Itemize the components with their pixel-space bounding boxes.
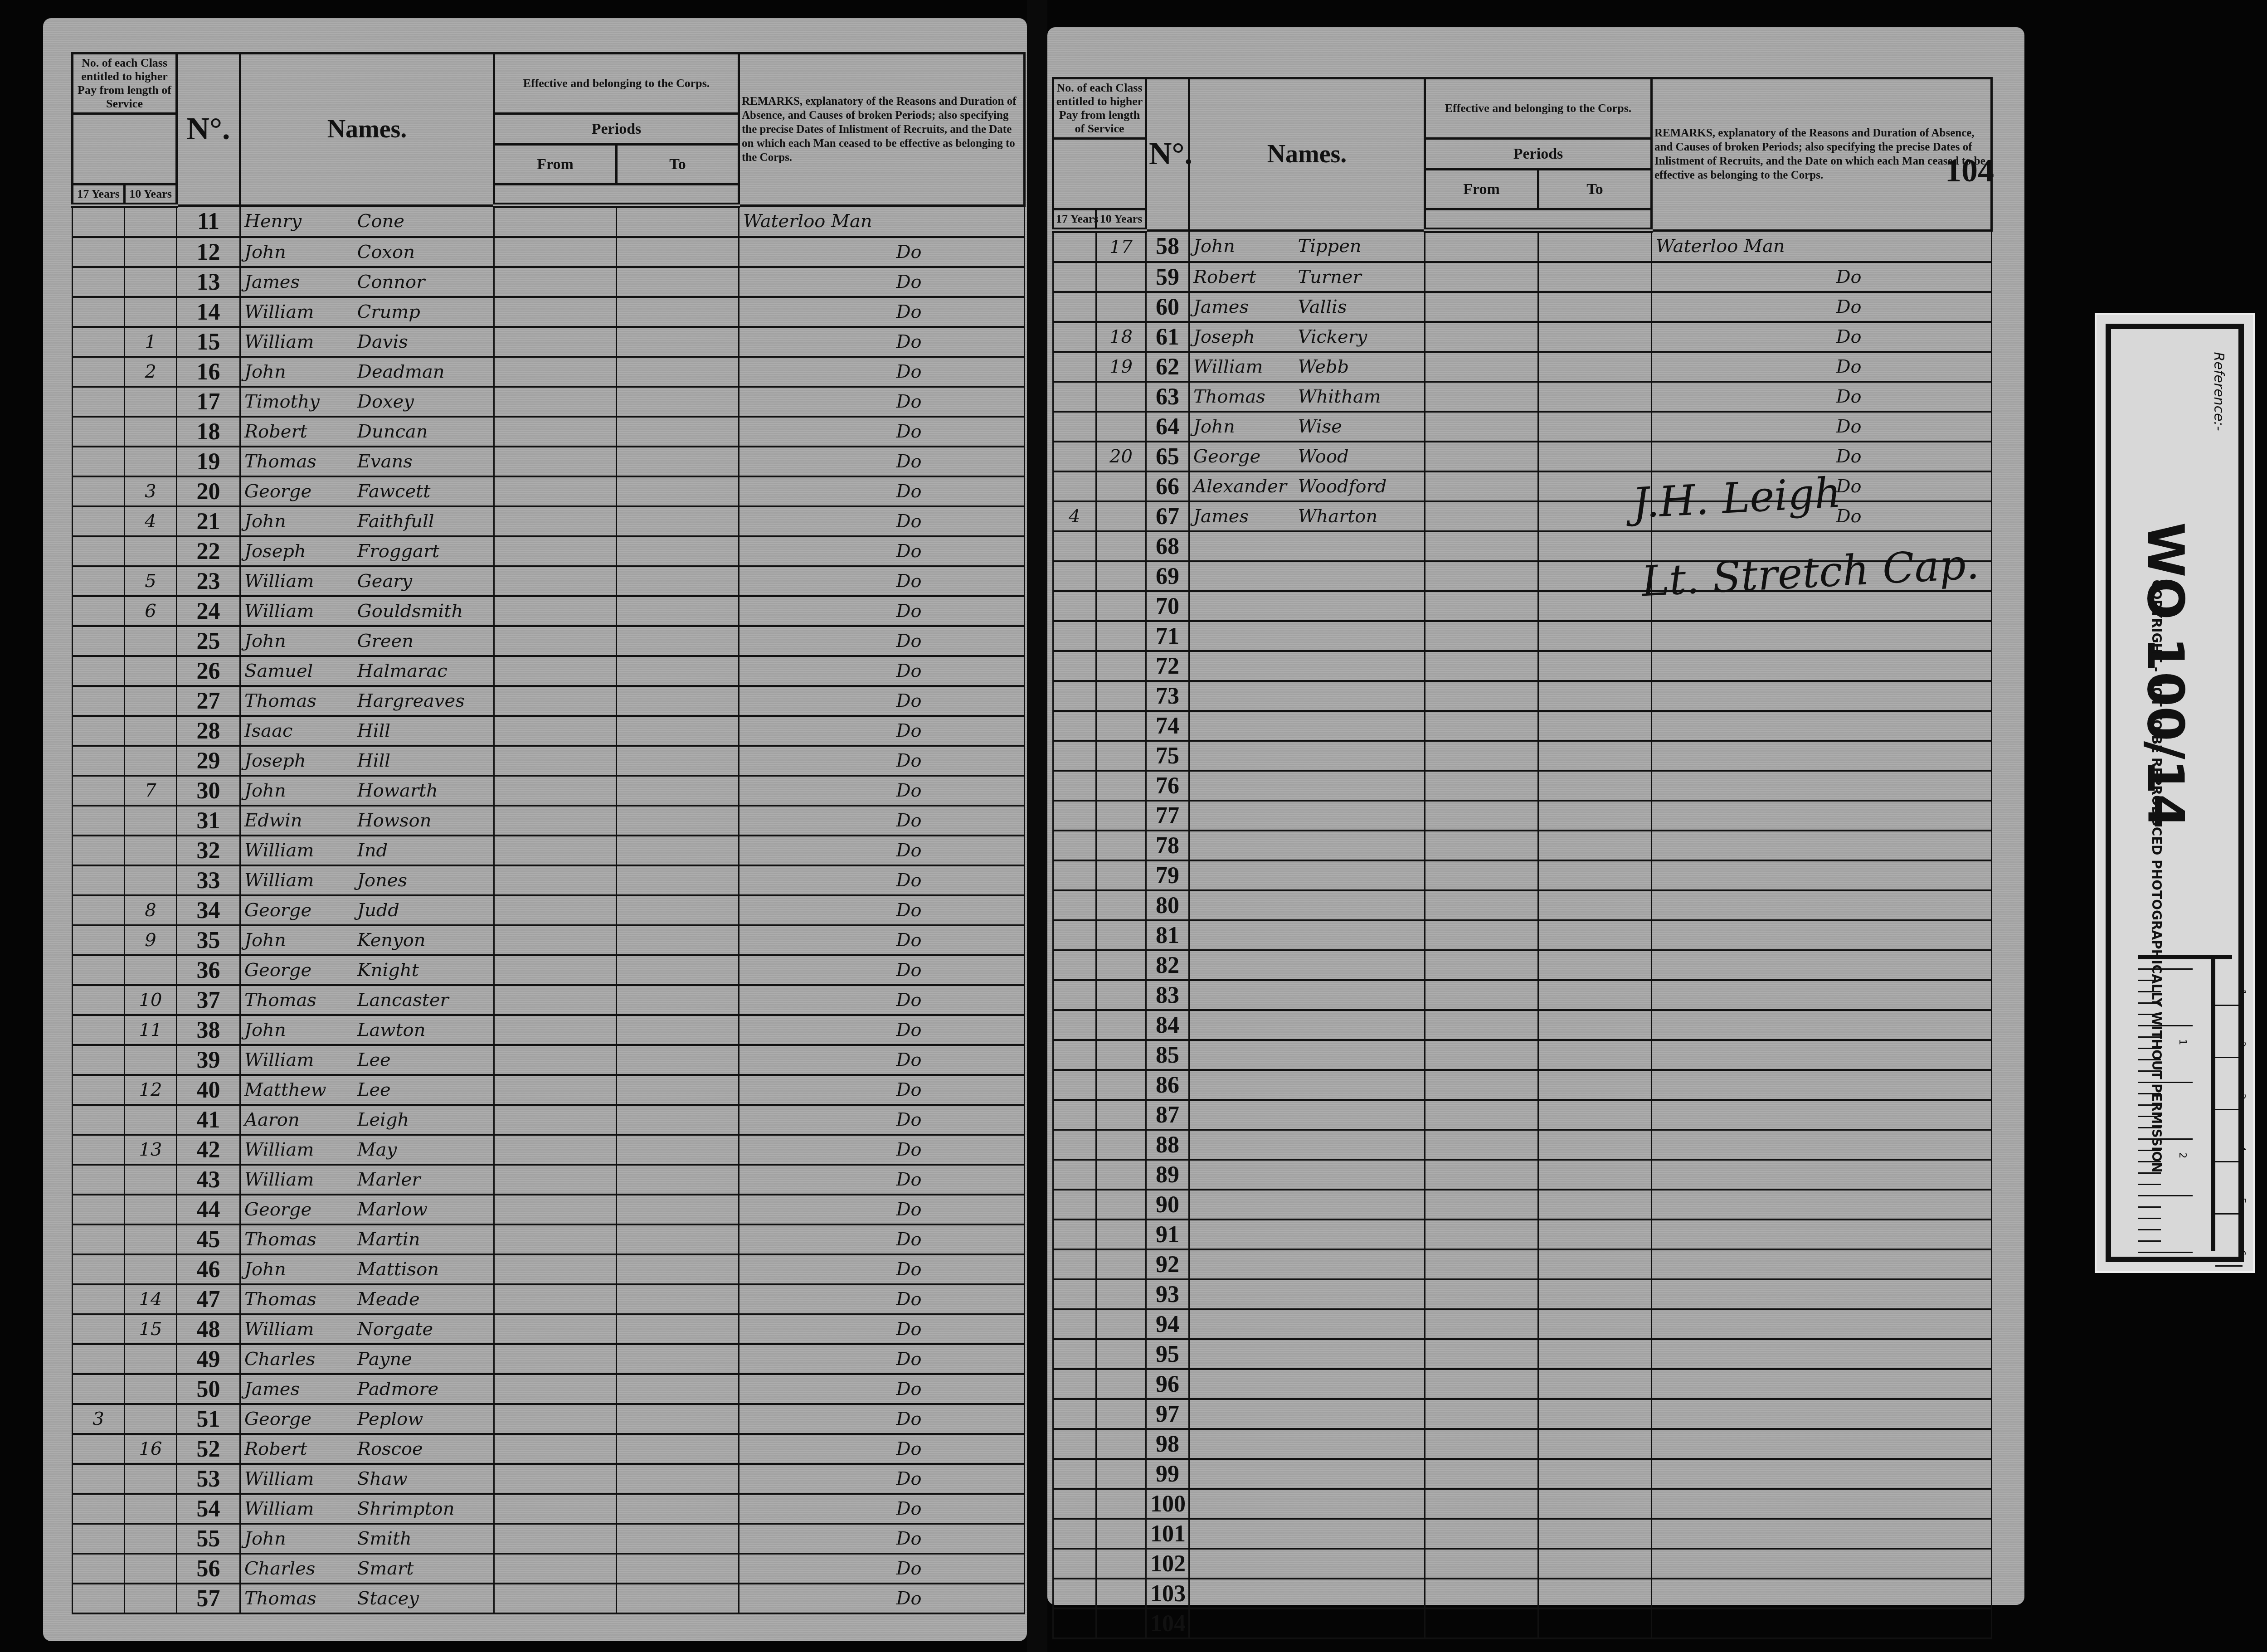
class-10-years-cell <box>1096 1220 1146 1249</box>
class-10-years-cell: 16 <box>125 1434 177 1464</box>
soldier-name: GeorgeJudd <box>240 895 494 925</box>
class-10-years-cell <box>125 865 177 895</box>
first-name: William <box>244 1319 357 1340</box>
first-name: Thomas <box>244 1289 357 1310</box>
period-to-cell <box>1538 1399 1652 1429</box>
ledger-row: 98 <box>1053 1429 1992 1459</box>
last-name: Stacey <box>357 1588 419 1609</box>
years-10-header: 10 Years <box>1096 209 1146 231</box>
ledger-row: 53WilliamShawDo <box>73 1464 1025 1494</box>
period-to-cell <box>617 1045 739 1075</box>
soldier-name <box>1189 980 1425 1010</box>
entry-number: 31 <box>177 806 240 836</box>
first-name: Henry <box>244 211 357 232</box>
entry-number: 21 <box>177 506 240 536</box>
class-17-years-cell <box>1053 651 1096 681</box>
entry-number: 32 <box>177 836 240 865</box>
number-column-header: N°. <box>1146 78 1189 231</box>
last-name: Woodford <box>1298 476 1386 497</box>
ditto-mark: Do <box>1656 446 1987 467</box>
soldier-name: AaronLeigh <box>240 1105 494 1135</box>
soldier-name: ThomasWhitham <box>1189 382 1425 412</box>
soldier-name <box>1189 1429 1425 1459</box>
ledger-row: 1138JohnLawtonDo <box>73 1015 1025 1045</box>
entry-number: 34 <box>177 895 240 925</box>
first-name: John <box>244 361 357 382</box>
period-from-cell <box>494 686 617 716</box>
last-name: Marler <box>357 1169 421 1190</box>
remark-cell <box>1652 1070 1992 1100</box>
period-from-cell <box>494 506 617 536</box>
soldier-name: JamesPadmore <box>240 1374 494 1404</box>
last-name: Kenyon <box>357 930 426 951</box>
entry-number: 67 <box>1146 501 1189 531</box>
period-to-cell <box>617 836 739 865</box>
class-17-years-cell <box>73 297 125 327</box>
remark-cell <box>1652 1399 1992 1429</box>
soldier-name: JohnFaithfull <box>240 506 494 536</box>
period-from-cell <box>1425 1519 1538 1549</box>
remark-cell: Do <box>739 1224 1025 1254</box>
soldier-name: JohnKenyon <box>240 925 494 955</box>
remark-cell <box>1652 950 1992 980</box>
period-from-cell <box>494 985 617 1015</box>
period-to-cell <box>617 1434 739 1464</box>
first-name: William <box>244 1050 357 1070</box>
scale-tick <box>2138 1002 2161 1004</box>
ditto-mark: Do <box>743 1109 1020 1130</box>
period-from-cell <box>494 1404 617 1434</box>
entry-number: 20 <box>177 476 240 506</box>
class-10-years-cell <box>1096 771 1146 801</box>
class-17-years-cell <box>73 1554 125 1584</box>
scale-tick <box>2138 1172 2161 1174</box>
entry-number: 85 <box>1146 1040 1189 1070</box>
period-to-cell <box>617 1224 739 1254</box>
class-10-years-cell <box>125 716 177 746</box>
soldier-name: ThomasHargreaves <box>240 686 494 716</box>
ledger-row: 22JosephFroggartDo <box>73 536 1025 566</box>
period-to-cell <box>1538 531 1652 561</box>
first-name: Robert <box>244 1438 357 1459</box>
scale-tick <box>2138 1127 2161 1128</box>
class-10-years-cell <box>125 536 177 566</box>
entry-number: 89 <box>1146 1160 1189 1190</box>
period-to-cell <box>617 417 739 447</box>
ledger-row: 57ThomasStaceyDo <box>73 1584 1025 1613</box>
first-name: Thomas <box>244 1588 357 1609</box>
ditto-mark: Do <box>743 1349 1020 1370</box>
class-17-years-cell <box>73 955 125 985</box>
class-17-years-cell <box>1053 531 1096 561</box>
scale-cm-label: 4 <box>2236 1146 2247 1152</box>
soldier-name: IsaacHill <box>240 716 494 746</box>
class-10-years-cell: 1 <box>125 327 177 357</box>
period-from-cell <box>494 357 617 387</box>
scale-cm-tick <box>2215 1109 2243 1110</box>
entry-number: 71 <box>1146 621 1189 651</box>
last-name: Turner <box>1298 267 1361 287</box>
first-name: Thomas <box>244 451 357 472</box>
class-17-years-cell <box>73 626 125 656</box>
soldier-name <box>1189 950 1425 980</box>
soldier-name: WilliamInd <box>240 836 494 865</box>
soldier-name: CharlesPayne <box>240 1344 494 1374</box>
remark-cell <box>1652 1369 1992 1399</box>
soldier-name: WilliamJones <box>240 865 494 895</box>
class-17-years-cell <box>1053 621 1096 651</box>
first-name: William <box>244 1139 357 1160</box>
class-10-years-cell <box>125 656 177 686</box>
period-to-cell <box>1538 1070 1652 1100</box>
period-from-cell <box>1425 230 1538 262</box>
last-name: Halmarac <box>357 661 448 681</box>
remark-cell: Do <box>739 1045 1025 1075</box>
ledger-row: 216JohnDeadmanDo <box>73 357 1025 387</box>
ledger-row: 83 <box>1053 980 1992 1010</box>
ditto-mark: Do <box>743 1468 1020 1489</box>
remark-cell <box>1652 1190 1992 1220</box>
remark-cell: Do <box>1652 382 1992 412</box>
period-from-cell <box>1425 501 1538 531</box>
class-10-years-cell: 20 <box>1096 442 1146 471</box>
class-10-years-cell <box>1096 920 1146 950</box>
reference-frame: Reference:- WO 100/14 PUBLIC RECORD OFFI… <box>2106 324 2244 1262</box>
scale-tick <box>2138 1014 2161 1015</box>
remark-cell: Do <box>739 1434 1025 1464</box>
ditto-mark: Do <box>743 391 1020 412</box>
period-to-cell <box>1538 1339 1652 1369</box>
names-column-header: Names. <box>1189 78 1425 231</box>
class-17-years-cell <box>1053 382 1096 412</box>
soldier-name: WilliamShrimpton <box>240 1494 494 1524</box>
ledger-row: 1861JosephVickeryDo <box>1053 322 1992 352</box>
first-name: John <box>244 930 357 951</box>
period-from-cell <box>494 626 617 656</box>
period-to-cell <box>617 297 739 327</box>
ledger-row: 94 <box>1053 1309 1992 1339</box>
class-10-years-cell <box>125 387 177 417</box>
soldier-name <box>1189 1519 1425 1549</box>
soldier-name <box>1189 1369 1425 1399</box>
first-name: John <box>244 242 357 262</box>
names-column-header: Names. <box>240 53 494 206</box>
remark-text: Waterloo Man <box>743 211 872 232</box>
last-name: Froggart <box>357 541 439 562</box>
ledger-row: 39WilliamLeeDo <box>73 1045 1025 1075</box>
remark-cell <box>1652 1249 1992 1279</box>
period-from-cell <box>494 895 617 925</box>
remark-cell: Do <box>739 985 1025 1015</box>
period-to-cell <box>617 536 739 566</box>
class-17-years-cell <box>73 895 125 925</box>
entry-number: 39 <box>177 1045 240 1075</box>
scale-tick <box>2138 1093 2161 1094</box>
class-10-years-cell: 5 <box>125 566 177 596</box>
remark-cell: Do <box>739 1254 1025 1284</box>
period-from-cell <box>1425 1160 1538 1190</box>
scale-divider <box>2211 959 2215 1251</box>
class-10-years-cell: 10 <box>125 985 177 1015</box>
ledger-row: 90 <box>1053 1190 1992 1220</box>
ditto-mark: Do <box>743 541 1020 562</box>
class-17-years-cell <box>1053 1519 1096 1549</box>
soldier-name <box>1189 1010 1425 1040</box>
class-17-years-cell <box>1053 890 1096 920</box>
last-name: Vallis <box>1298 296 1347 317</box>
soldier-name <box>1189 681 1425 711</box>
ledger-row: 1342WilliamMayDo <box>73 1135 1025 1165</box>
scale-tick <box>2138 1150 2161 1151</box>
class-17-years-cell <box>73 1584 125 1613</box>
class-17-years-cell <box>1053 1220 1096 1249</box>
periods-header: Periods <box>494 114 739 145</box>
ditto-mark: Do <box>743 481 1020 502</box>
ditto-mark: Do <box>743 1438 1020 1459</box>
first-name: William <box>244 601 357 622</box>
ledger-row: 28IsaacHillDo <box>73 716 1025 746</box>
class-10-years-cell: 18 <box>1096 322 1146 352</box>
soldier-name: GeorgeKnight <box>240 955 494 985</box>
left-ledger-table: No. of each Class entitled to higher Pay… <box>71 52 1026 1614</box>
ledger-row: 32WilliamIndDo <box>73 836 1025 865</box>
entry-number: 63 <box>1146 382 1189 412</box>
period-from-cell <box>1425 1220 1538 1249</box>
ditto-mark: Do <box>743 810 1020 831</box>
last-name: Hill <box>357 720 390 741</box>
period-from-cell <box>494 836 617 865</box>
scale-tick <box>2138 1195 2193 1196</box>
entry-number: 50 <box>177 1374 240 1404</box>
right-page: No. of each Class entitled to higher Pay… <box>1047 27 2024 1605</box>
remark-cell <box>1652 1608 1992 1638</box>
ditto-mark: Do <box>743 930 1020 951</box>
ditto-mark: Do <box>743 421 1020 442</box>
soldier-name <box>1189 621 1425 651</box>
class-10-years-cell <box>1096 1100 1146 1130</box>
first-name: William <box>244 571 357 592</box>
class-10-years-cell <box>1096 831 1146 860</box>
entry-number: 68 <box>1146 531 1189 561</box>
ledger-row: 49CharlesPayneDo <box>73 1344 1025 1374</box>
period-to-cell <box>617 387 739 417</box>
soldier-name <box>1189 920 1425 950</box>
class-10-years-cell <box>1096 801 1146 831</box>
period-from-cell <box>1425 1130 1538 1160</box>
soldier-name: GeorgeWood <box>1189 442 1425 471</box>
soldier-name: JosephHill <box>240 746 494 776</box>
remark-cell <box>1652 1160 1992 1190</box>
class-17-years-cell <box>73 925 125 955</box>
ledger-row: 17TimothyDoxeyDo <box>73 387 1025 417</box>
soldier-name <box>1189 1489 1425 1519</box>
class-17-years-cell <box>1053 230 1096 262</box>
entry-number: 36 <box>177 955 240 985</box>
period-from-cell <box>494 1434 617 1464</box>
period-from-cell <box>1425 1040 1538 1070</box>
ditto-mark: Do <box>743 331 1020 352</box>
soldier-name <box>1189 1339 1425 1369</box>
period-from-cell <box>494 447 617 476</box>
remark-cell: Do <box>739 1524 1025 1554</box>
ledger-row: 320GeorgeFawcettDo <box>73 476 1025 506</box>
entry-number: 98 <box>1146 1429 1189 1459</box>
first-name: George <box>1193 446 1298 467</box>
period-to-cell <box>617 1554 739 1584</box>
first-name: Robert <box>1193 267 1298 287</box>
period-to-cell <box>617 506 739 536</box>
period-to-cell <box>1538 980 1652 1010</box>
remark-cell: Do <box>739 476 1025 506</box>
entry-number: 14 <box>177 297 240 327</box>
book-gutter <box>1027 0 1047 1652</box>
first-name: Joseph <box>1193 326 1298 347</box>
soldier-name: WilliamNorgate <box>240 1314 494 1344</box>
period-to-cell <box>1538 771 1652 801</box>
period-to-cell <box>1538 1220 1652 1249</box>
period-from-cell <box>494 1554 617 1584</box>
soldier-name: WilliamMay <box>240 1135 494 1165</box>
entry-number: 84 <box>1146 1010 1189 1040</box>
measurement-scale: 12345612 <box>2138 955 2232 1251</box>
class-10-years-cell <box>125 686 177 716</box>
last-name: Howson <box>357 810 432 831</box>
remark-cell <box>1652 1489 1992 1519</box>
remark-cell: Do <box>739 596 1025 626</box>
class-10-years-cell: 19 <box>1096 352 1146 382</box>
first-name: Thomas <box>1193 386 1298 407</box>
first-name: Edwin <box>244 810 357 831</box>
entry-number: 94 <box>1146 1309 1189 1339</box>
remark-cell: Do <box>739 1195 1025 1224</box>
period-to-cell <box>1538 890 1652 920</box>
period-to-cell <box>617 327 739 357</box>
scale-tick <box>2138 1218 2161 1219</box>
first-name: Matthew <box>244 1079 357 1100</box>
remark-cell: Do <box>739 1314 1025 1344</box>
remark-cell <box>1652 1010 1992 1040</box>
ledger-row: 89 <box>1053 1160 1992 1190</box>
period-from-cell <box>1425 980 1538 1010</box>
class-17-years-cell <box>1053 801 1096 831</box>
period-to-cell <box>617 686 739 716</box>
ditto-mark: Do <box>743 1169 1020 1190</box>
class-10-years-cell: 6 <box>125 596 177 626</box>
ledger-row: 1548WilliamNorgateDo <box>73 1314 1025 1344</box>
ledger-row: 77 <box>1053 801 1992 831</box>
scale-cm-tick <box>2215 1213 2243 1215</box>
class-10-years-cell <box>125 1374 177 1404</box>
period-from-cell <box>494 205 617 237</box>
class-10-years-cell <box>1096 1519 1146 1549</box>
class-17-years-cell <box>1053 681 1096 711</box>
ledger-row: 43WilliamMarlerDo <box>73 1165 1025 1195</box>
period-to-cell <box>1538 442 1652 471</box>
remark-cell: Do <box>739 1404 1025 1434</box>
last-name: Coxon <box>357 242 415 262</box>
period-from-cell <box>1425 262 1538 292</box>
class-10-years-cell <box>1096 741 1146 771</box>
ditto-mark: Do <box>1656 326 1987 347</box>
last-name: Gouldsmith <box>357 601 463 622</box>
class-17-years-cell <box>73 387 125 417</box>
class-17-years-cell <box>73 417 125 447</box>
class-17-years-cell <box>1053 1429 1096 1459</box>
scale-tick <box>2138 980 2161 981</box>
period-to-cell <box>617 476 739 506</box>
ditto-mark: Do <box>743 960 1020 981</box>
class-10-years-cell <box>125 1494 177 1524</box>
period-from-cell <box>1425 1190 1538 1220</box>
period-to-cell <box>617 955 739 985</box>
entry-number: 27 <box>177 686 240 716</box>
soldier-name <box>1189 591 1425 621</box>
period-to-cell <box>617 357 739 387</box>
ditto-mark: Do <box>1656 296 1987 317</box>
class-10-years-cell <box>1096 1399 1146 1429</box>
scale-tick <box>2138 1138 2193 1140</box>
soldier-name: ThomasLancaster <box>240 985 494 1015</box>
period-to-cell <box>1538 1519 1652 1549</box>
class-10-years-cell <box>125 626 177 656</box>
period-to-cell <box>617 205 739 237</box>
soldier-name: WilliamLee <box>240 1045 494 1075</box>
ledger-row: 351GeorgePeplowDo <box>73 1404 1025 1434</box>
ditto-mark: Do <box>743 1319 1020 1340</box>
ledger-row: 99 <box>1053 1459 1992 1489</box>
soldier-name: JosephFroggart <box>240 536 494 566</box>
last-name: Hill <box>357 750 390 771</box>
remark-cell <box>1652 920 1992 950</box>
ledger-row: 1962WilliamWebbDo <box>1053 352 1992 382</box>
class-17-years-cell <box>1053 412 1096 442</box>
remark-cell <box>1652 980 1992 1010</box>
period-from-cell <box>494 925 617 955</box>
scale-tick <box>2138 1104 2161 1106</box>
period-to-cell <box>1538 741 1652 771</box>
ditto-mark: Do <box>743 1229 1020 1250</box>
last-name: Doxey <box>357 391 414 412</box>
ledger-row: 27ThomasHargreavesDo <box>73 686 1025 716</box>
period-to-cell <box>617 1404 739 1434</box>
class-10-years-cell <box>125 1254 177 1284</box>
soldier-name: WilliamGeary <box>240 566 494 596</box>
period-to-cell <box>1538 1160 1652 1190</box>
soldier-name: CharlesSmart <box>240 1554 494 1584</box>
first-name: John <box>1193 236 1298 257</box>
ditto-mark: Do <box>743 1259 1020 1280</box>
soldier-name: SamuelHalmarac <box>240 656 494 686</box>
class-10-years-cell <box>1096 1160 1146 1190</box>
first-name: John <box>244 631 357 651</box>
first-name: John <box>244 1020 357 1040</box>
entry-number: 18 <box>177 417 240 447</box>
class-17-years-cell <box>73 1374 125 1404</box>
class-10-years-cell: 14 <box>125 1284 177 1314</box>
class-17-years-cell <box>1053 1549 1096 1579</box>
period-from-cell <box>1425 1489 1538 1519</box>
ditto-mark: Do <box>743 1139 1020 1160</box>
entry-number: 66 <box>1146 471 1189 501</box>
ledger-row: 82 <box>1053 950 1992 980</box>
class-10-years-cell <box>125 1404 177 1434</box>
class-17-years-cell <box>73 596 125 626</box>
remark-cell: Do <box>739 925 1025 955</box>
ledger-row: 102 <box>1053 1549 1992 1579</box>
ledger-row: 523WilliamGearyDo <box>73 566 1025 596</box>
class-17-years-cell <box>1053 1070 1096 1100</box>
entry-number: 12 <box>177 237 240 267</box>
